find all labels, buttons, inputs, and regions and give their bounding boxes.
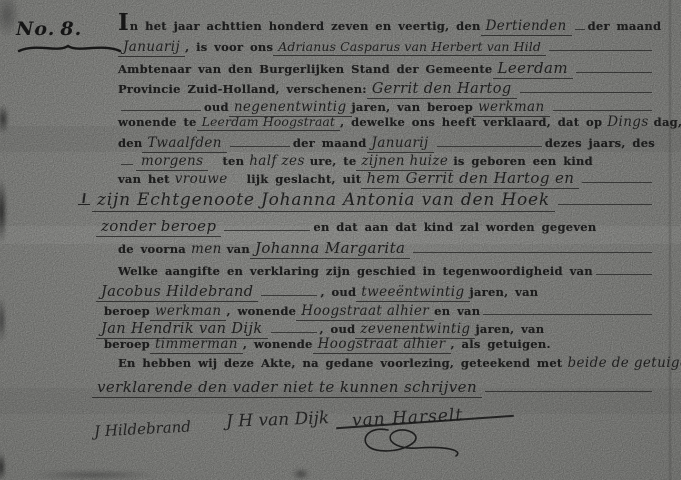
hw-dag-ordinaal: Dertienden [481, 18, 572, 36]
hw-uur: half zes [244, 153, 310, 169]
ruled-blank [121, 96, 201, 111]
ruled-blank [520, 78, 652, 93]
hw-voornamen-kind: Johanna Margarita [250, 239, 410, 259]
ruled-blank [437, 132, 542, 147]
dropcap-initial: I [118, 18, 129, 28]
ruled-blank [271, 318, 317, 333]
hw-verklaring-niet-schrijven: verklarende den vader niet te kunnen sch… [92, 378, 482, 398]
line-getuige2-beroep: beroep timmerman , wonende Hoogstraat al… [104, 336, 655, 354]
line-getuige1-naam: Jacobus Hildebrand , oud tweeëntwintig j… [96, 281, 655, 302]
hw-geslacht: vrouwe [170, 171, 233, 187]
hw-getuige2-adres: Hoogstraat alhier [313, 336, 451, 354]
ruled-blank [582, 168, 652, 183]
line-getuigen-intro: Welke aangifte en verklaring zijn geschi… [118, 260, 655, 278]
hw-ambtenaar-naam: Adrianus Casparus van Herbert van Hild [273, 39, 546, 56]
hw-beroep-moeder: zonder beroep [96, 217, 221, 237]
ruled-blank [121, 150, 133, 165]
scan-artifact [34, 470, 154, 480]
hw-vader-naam: hem Gerrit den Hartog en [361, 169, 579, 189]
ruled-blank [261, 281, 317, 296]
ruled-blank [596, 260, 652, 275]
ruled-blank [413, 238, 652, 253]
line-moeder: zijn Echtgenoote Johanna Antonia van den… [78, 190, 655, 212]
hw-maand: Januarij [118, 39, 185, 57]
line-woonplaats: wonende te Leerdam Hoogstraat , dewelke … [118, 114, 655, 131]
ruled-blank [576, 58, 652, 73]
scan-artifact [0, 178, 7, 244]
hw-getuige2-beroep: timmerman [150, 336, 243, 354]
scan-artifact [0, 296, 6, 344]
ruled-blank [553, 96, 652, 111]
scan-artifact [0, 104, 9, 134]
act-number-block: No. 8. [16, 18, 126, 56]
ruled-blank [558, 190, 652, 205]
document-scan: No. 8. In het jaar achttien honderd zeve… [0, 0, 681, 480]
hw-weekdag: Dings [602, 114, 653, 130]
signature-getuige1: J Hildebrand [94, 417, 192, 440]
line-vader-schrijft-niet: verklarende den vader niet te kunnen sch… [92, 377, 655, 398]
line-maand-ambtenaar: Januarij , is voor ons Adrianus Casparus… [118, 36, 655, 57]
signature-paraph-icon [360, 424, 500, 460]
scan-artifact [292, 468, 310, 480]
flourish-icon [16, 40, 124, 56]
signature-getuige2: J H van Dijk [226, 408, 330, 432]
ruled-blank [483, 300, 652, 315]
pen-mark [78, 191, 90, 205]
paper-fold-line [668, 0, 672, 480]
hw-gemeente: Leerdam [493, 59, 573, 79]
hw-getuige1-leeftijd: tweeëntwintig [356, 284, 469, 302]
ruled-blank [224, 216, 310, 231]
line-beroep-moeder: zonder beroep en dat aan dat kind zal wo… [96, 216, 655, 237]
act-number-value: 8. [60, 18, 82, 40]
ruled-blank [230, 132, 290, 147]
hw-moeder-naam: zijn Echtgenoote Johanna Antonia van den… [92, 190, 555, 212]
line-gemeente: Ambtenaar van den Burgerlijken Stand der… [118, 58, 655, 79]
hw-men-suffix: men [186, 241, 227, 257]
hw-ondertekening-wie: beide de getuigen [562, 355, 681, 371]
line-voornamen: de voorna men van Johanna Margarita [118, 238, 655, 259]
ruled-blank [485, 377, 652, 392]
act-number-label: No. [16, 18, 55, 40]
line-jaar: In het jaar achttien honderd zeven en ve… [118, 15, 655, 36]
hw-getuige1-naam: Jacobus Hildebrand [96, 284, 258, 302]
line-geslacht-ouders: van het vrouwe lijk geslacht, uit hem Ge… [118, 168, 655, 189]
ruled-blank [575, 15, 585, 30]
ruled-blank [549, 36, 652, 51]
scan-artifact [0, 452, 6, 480]
hw-woonplaats: Leerdam Hoogstraat [197, 114, 340, 131]
line-slotformule: En hebben wij deze Akte, na gedane voorl… [118, 355, 655, 371]
